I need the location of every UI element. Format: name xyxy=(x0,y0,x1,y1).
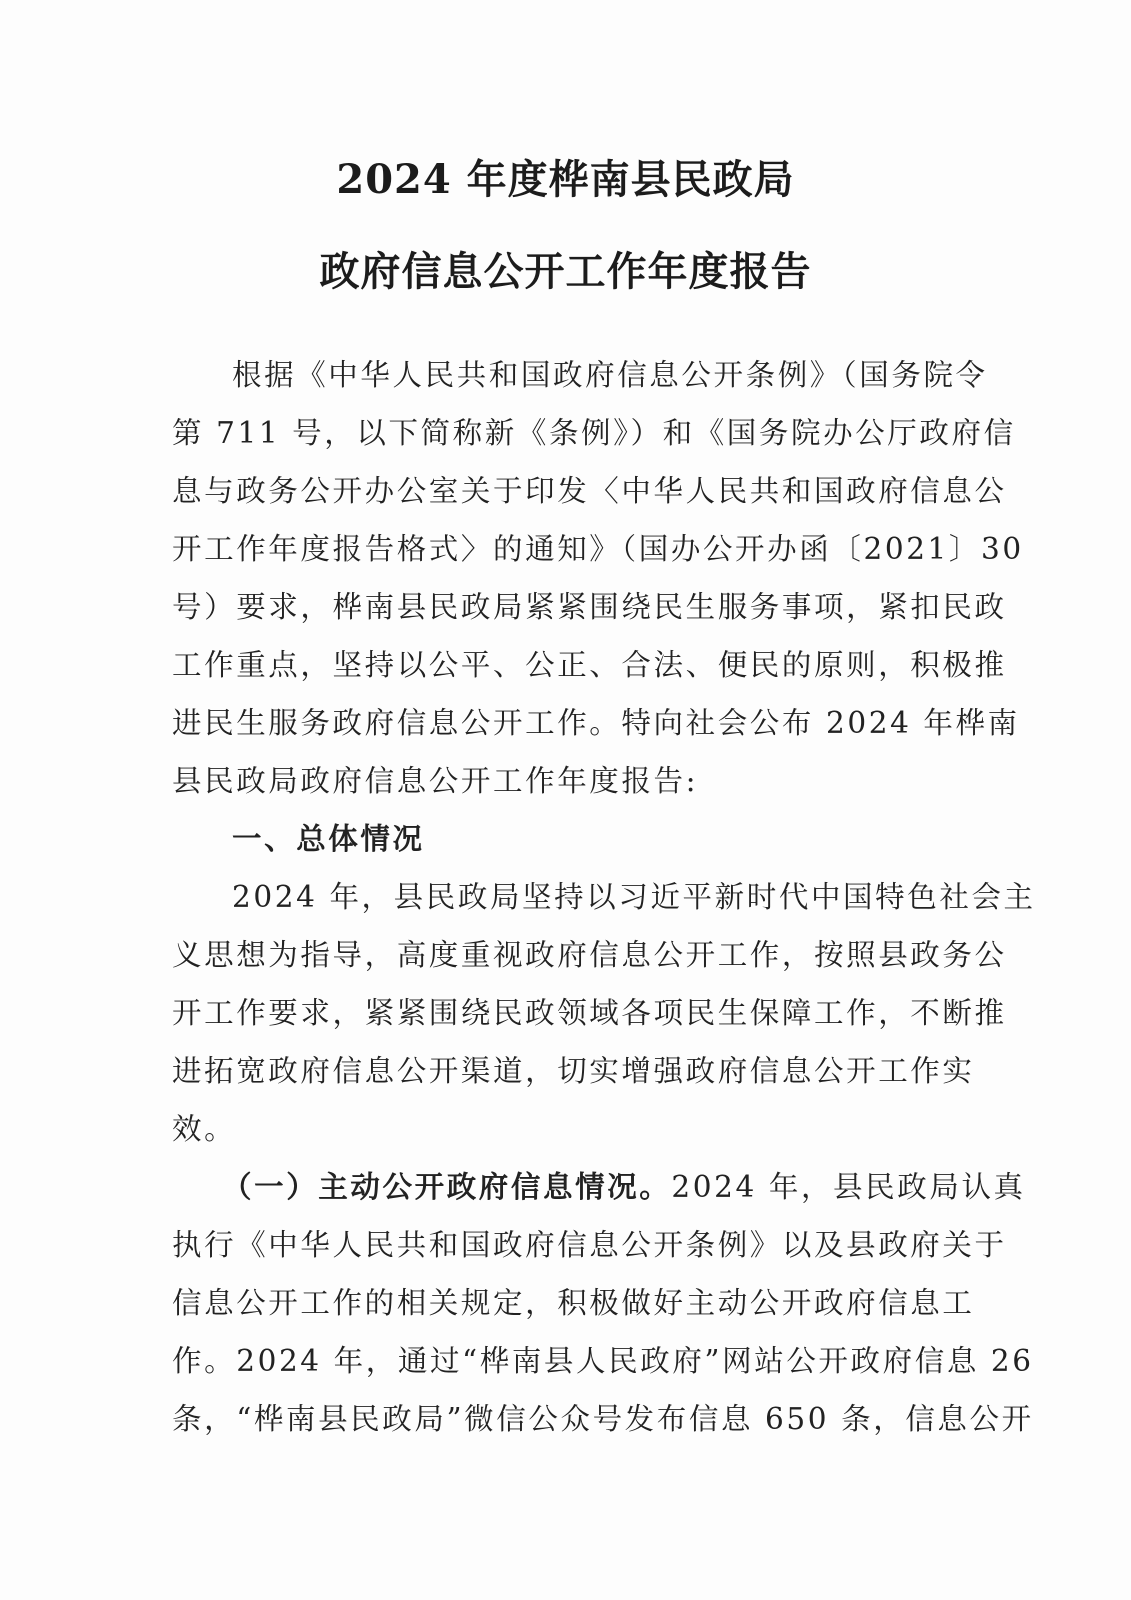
subsection-paragraph-line: 条，“桦南县民政局”微信公众号发布信息 650 条，信息公开 xyxy=(172,1396,962,1438)
intro-paragraph-line: 进民生服务政府信息公开工作。特向社会公布 2024 年桦南 xyxy=(172,700,962,742)
overview-paragraph-line: 义思想为指导，高度重视政府信息公开工作，按照县政务公 xyxy=(172,932,962,974)
subsection-paragraph-line: 作。2024 年，通过“桦南县人民政府”网站公开政府信息 26 xyxy=(172,1338,962,1380)
intro-paragraph-line: 县民政局政府信息公开工作年度报告: xyxy=(172,758,962,800)
subsection-first-line-text: 2024 年，县民政局认真 xyxy=(671,1170,1025,1204)
intro-paragraph-line: 开工作年度报告格式〉的通知》（国办公开办函〔2021〕30 xyxy=(172,526,962,568)
subsection-paragraph-line: 信息公开工作的相关规定，积极做好主动公开政府信息工 xyxy=(172,1280,962,1322)
overview-paragraph-line: 进拓宽政府信息公开渠道，切实增强政府信息公开工作实 xyxy=(172,1048,962,1090)
section-heading-overview: 一、总体情况 xyxy=(232,816,1022,858)
intro-paragraph-line: 第 711 号，以下简称新《条例》）和《国务院办公厅政府信 xyxy=(172,410,962,452)
document-page: 2024 年度桦南县民政局 政府信息公开工作年度报告 根据《中华人民共和国政府信… xyxy=(0,0,1131,1600)
subsection-heading-proactive-disclosure: （一）主动公开政府信息情况。 xyxy=(222,1169,671,1204)
subsection-paragraph-line: 执行《中华人民共和国政府信息公开条例》以及县政府关于 xyxy=(172,1222,962,1264)
subsection-first-line: （一）主动公开政府信息情况。2024 年，县民政局认真 xyxy=(222,1164,1012,1206)
intro-paragraph-line: 息与政务公开办公室关于印发〈中华人民共和国政府信息公 xyxy=(172,468,962,510)
document-title-line-2: 政府信息公开工作年度报告 xyxy=(0,240,1131,297)
intro-paragraph-line: 根据《中华人民共和国政府信息公开条例》（国务院令 xyxy=(232,352,1022,394)
overview-paragraph-line: 开工作要求，紧紧围绕民政领域各项民生保障工作，不断推 xyxy=(172,990,962,1032)
intro-paragraph-line: 号）要求，桦南县民政局紧紧围绕民生服务事项，紧扣民政 xyxy=(172,584,962,626)
intro-paragraph-line: 工作重点，坚持以公平、公正、合法、便民的原则，积极推 xyxy=(172,642,962,684)
overview-paragraph-line: 2024 年，县民政局坚持以习近平新时代中国特色社会主 xyxy=(232,874,1022,916)
overview-paragraph-line: 效。 xyxy=(172,1106,962,1148)
document-title-line-1: 2024 年度桦南县民政局 xyxy=(0,148,1131,205)
